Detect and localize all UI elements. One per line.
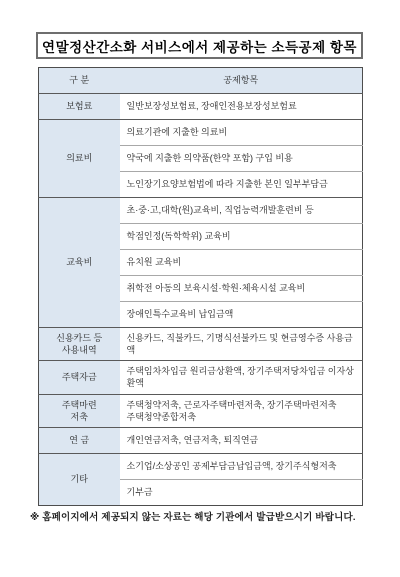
category-cell: 의료비	[39, 120, 120, 198]
item-cell: 장애인특수교육비 납입금액	[120, 302, 363, 328]
table-row: 연 금개인연금저축, 연금저축, 퇴직연금	[39, 427, 363, 453]
document-page: 연말정산간소화 서비스에서 제공하는 소득공제 항목 구 분 공제항목 보험료일…	[0, 0, 400, 577]
item-cell: 의료기관에 지출한 의료비	[120, 120, 363, 146]
table-row: 신용카드 등사용내역신용카드, 직불카드, 기명식선불카드 및 현금영수증 사용…	[39, 328, 363, 361]
category-cell: 주택마련저축	[39, 394, 120, 427]
table-row: 보험료일반보장성보험료, 장애인전용보장성보험료	[39, 94, 363, 120]
item-cell: 취학전 아동의 보육시설·학원·체육시설 교육비	[120, 276, 363, 302]
item-cell: 소기업/소상공인 공제부담금납입금액, 장기주식형저축	[120, 453, 363, 479]
item-cell: 학점인정(독학학위) 교육비	[120, 224, 363, 250]
column-header-category: 구 분	[39, 68, 120, 94]
table-row: 기타소기업/소상공인 공제부담금납입금액, 장기주식형저축	[39, 453, 363, 479]
document-title-box: 연말정산간소화 서비스에서 제공하는 소득공제 항목	[36, 32, 363, 59]
item-cell: 신용카드, 직불카드, 기명식선불카드 및 현금영수증 사용금액	[120, 328, 363, 361]
item-cell: 노인장기요양보험법에 따라 지출한 본인 일부부담금	[120, 172, 363, 198]
item-cell: 기부금	[120, 479, 363, 505]
category-cell: 보험료	[39, 94, 120, 120]
item-cell: 주택임차차입금 원리금상환액, 장기주택저당차입금 이자상환액	[120, 361, 363, 394]
table-row: 의료비의료기관에 지출한 의료비	[39, 120, 363, 146]
category-cell: 교육비	[39, 198, 120, 328]
table-row: 주택마련저축주택청약저축, 근로자주택마련저축, 장기주택마련저축주택청약종합저…	[39, 394, 363, 427]
footnote: ※ 홈페이지에서 제공되지 않는 자료는 해당 기관에서 발급받으시기 바랍니다…	[30, 509, 390, 523]
item-cell: 개인연금저축, 연금저축, 퇴직연금	[120, 427, 363, 453]
table-header-row: 구 분 공제항목	[39, 68, 363, 94]
category-cell: 신용카드 등사용내역	[39, 328, 120, 361]
item-cell: 주택청약저축, 근로자주택마련저축, 장기주택마련저축주택청약종합저축	[120, 394, 363, 427]
item-cell: 초·중·고,대학(원)교육비, 직업능력개발훈련비 등	[120, 198, 363, 224]
category-cell: 기타	[39, 453, 120, 505]
column-header-items: 공제항목	[120, 68, 363, 94]
item-cell: 약국에 지출한 의약품(한약 포함) 구입 비용	[120, 146, 363, 172]
item-cell: 유치원 교육비	[120, 250, 363, 276]
category-cell: 주택자금	[39, 361, 120, 394]
table-row: 주택자금주택임차차입금 원리금상환액, 장기주택저당차입금 이자상환액	[39, 361, 363, 394]
document-title: 연말정산간소화 서비스에서 제공하는 소득공제 항목	[42, 36, 357, 56]
item-cell: 일반보장성보험료, 장애인전용보장성보험료	[120, 94, 363, 120]
table-row: 교육비초·중·고,대학(원)교육비, 직업능력개발훈련비 등	[39, 198, 363, 224]
category-cell: 연 금	[39, 427, 120, 453]
deduction-table: 구 분 공제항목 보험료일반보장성보험료, 장애인전용보장성보험료의료비의료기관…	[38, 67, 363, 506]
